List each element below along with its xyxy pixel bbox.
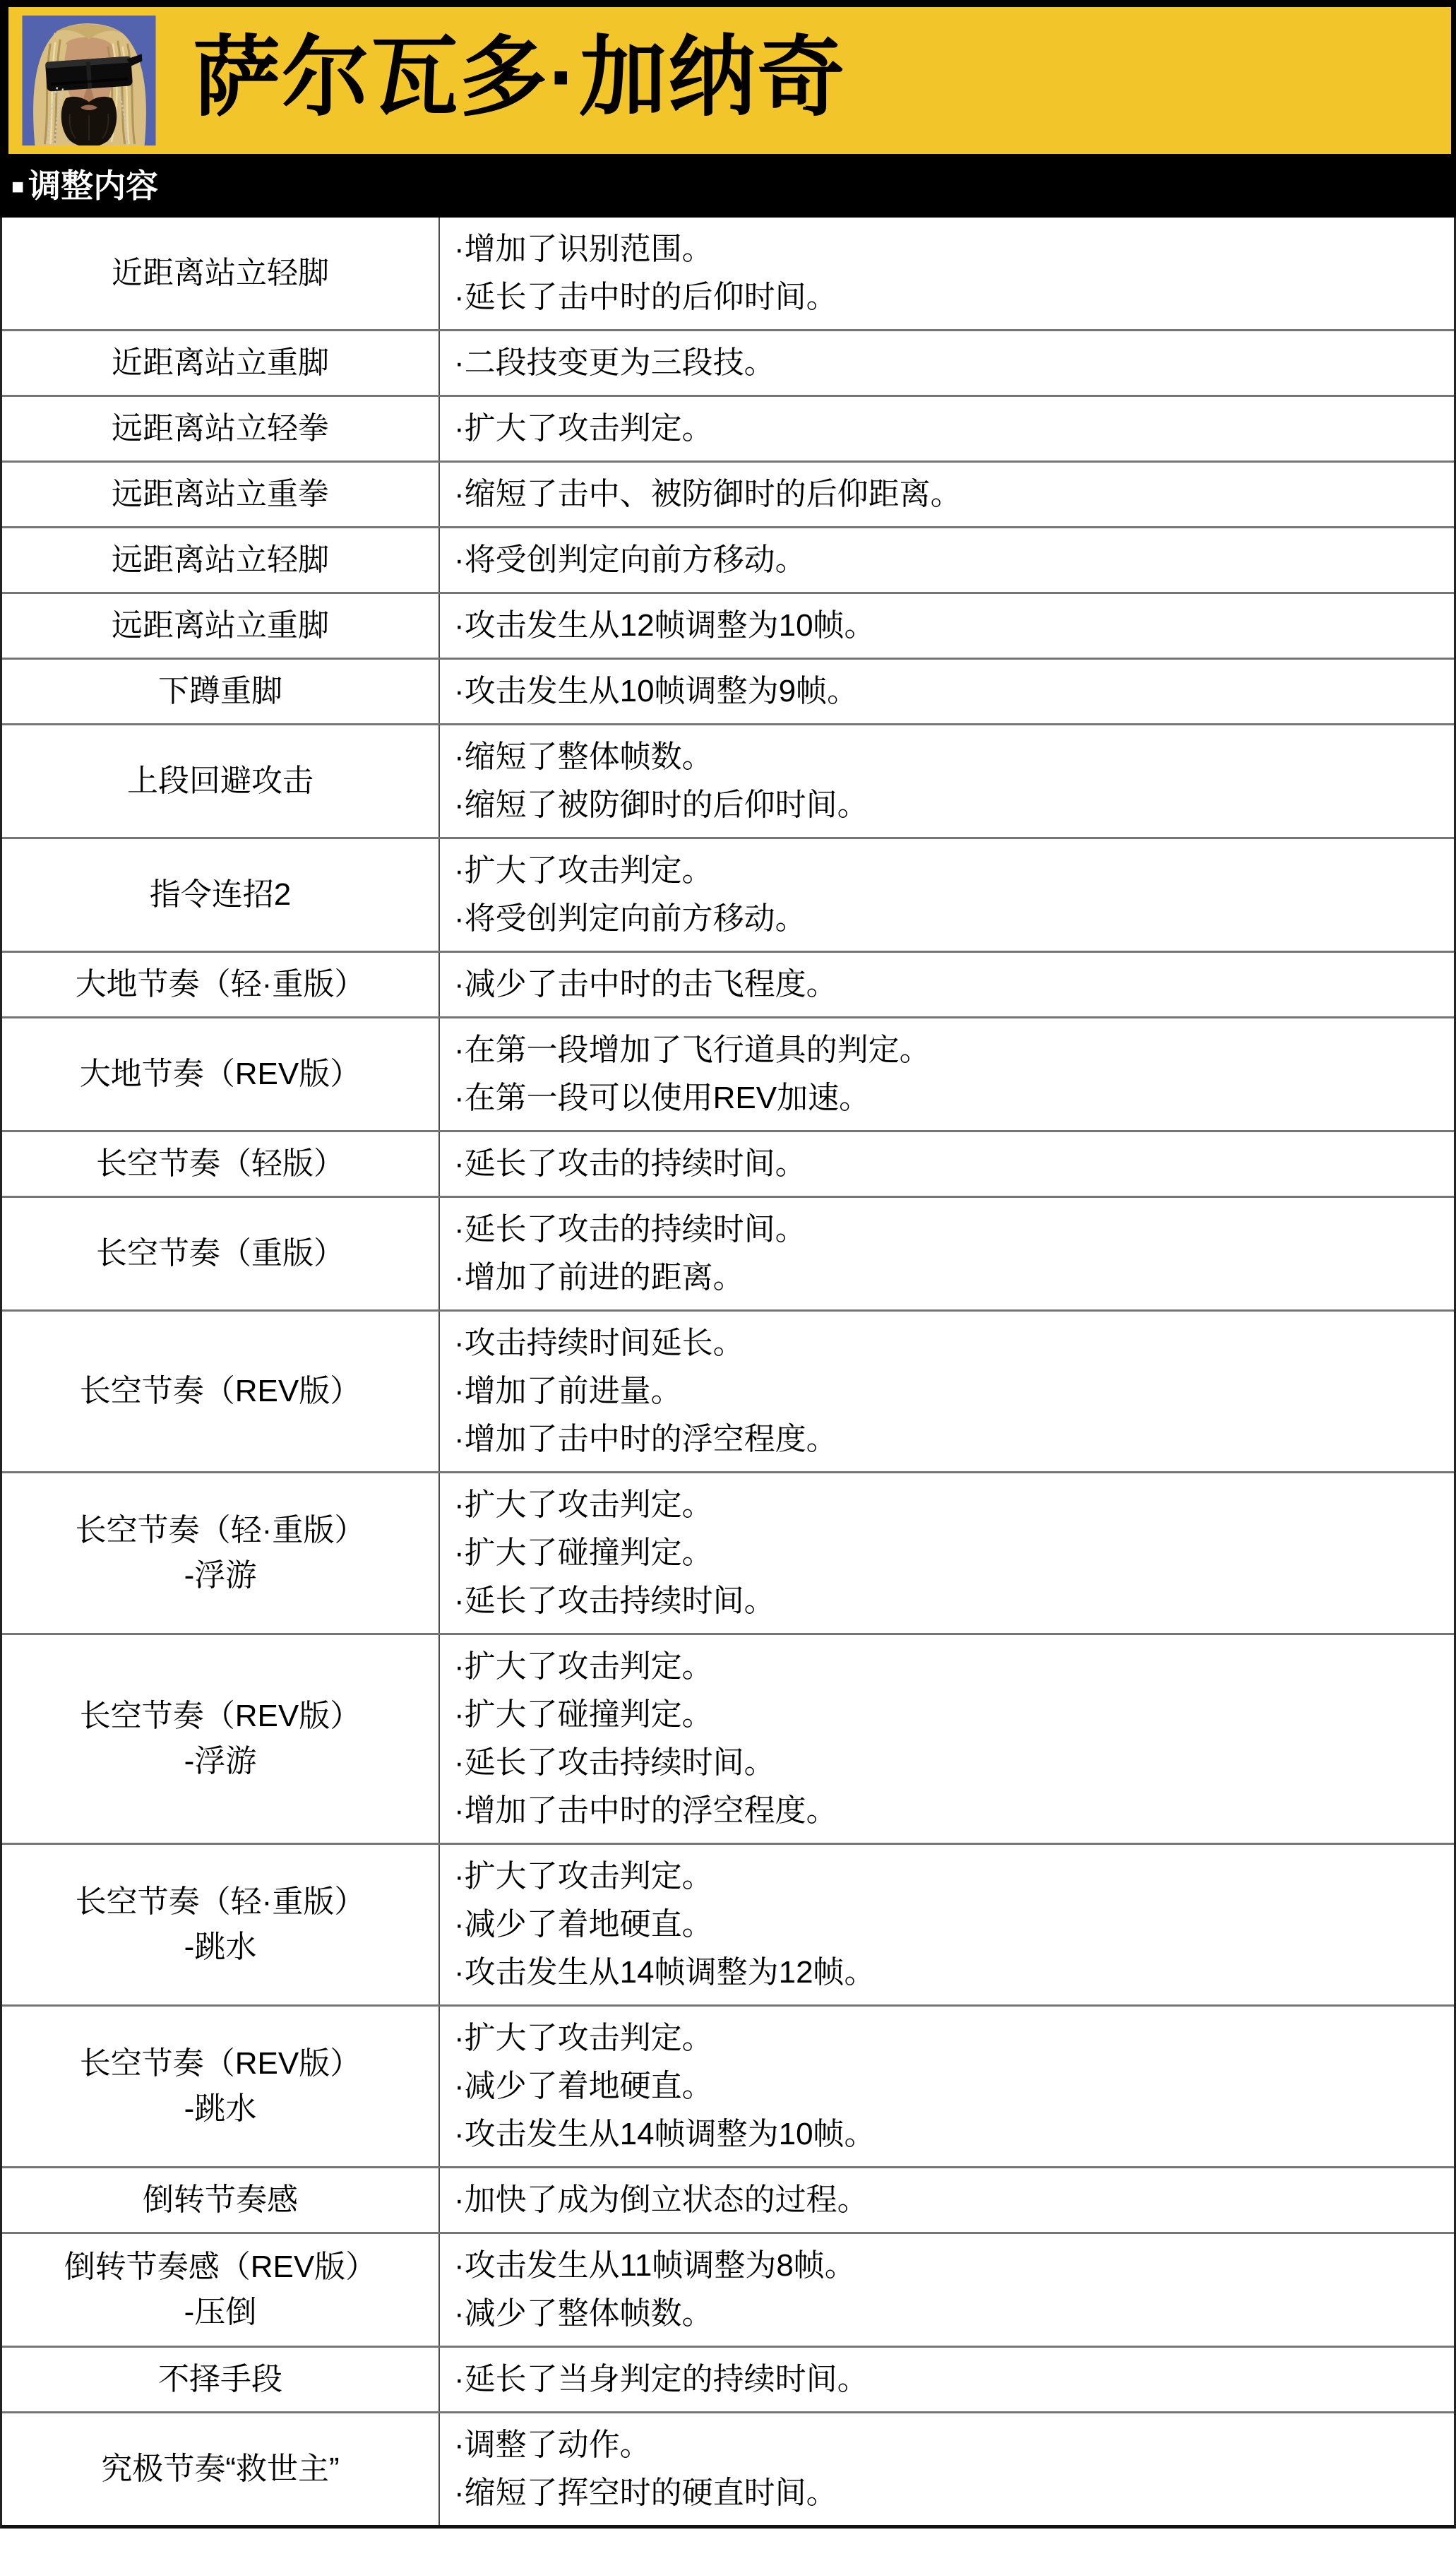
move-name-line: 长空节奏（轻·重版）: [76, 1879, 366, 1925]
table-row: 大地节奏（轻·重版） ·减少了击中时的击飞程度。: [2, 951, 1454, 1016]
move-name-line: -跳水: [184, 2086, 257, 2132]
change-line: ·攻击持续时间延长。: [454, 1319, 1437, 1367]
changes-cell: ·扩大了攻击判定。·扩大了碰撞判定。·延长了攻击持续时间。·增加了击中时的浮空程…: [440, 1635, 1454, 1843]
table-row: 究极节奏“救世主” ·调整了动作。·缩短了挥空时的硬直时间。: [2, 2411, 1454, 2525]
move-name-line: 上段回避攻击: [127, 759, 314, 804]
change-line: ·延长了攻击的持续时间。: [454, 1140, 1437, 1188]
change-line: ·攻击发生从11帧调整为8帧。: [454, 2242, 1437, 2290]
changes-cell: ·扩大了攻击判定。·减少了着地硬直。·攻击发生从14帧调整为12帧。: [440, 1845, 1454, 2004]
table-row: 不择手段 ·延长了当身判定的持续时间。: [2, 2346, 1454, 2411]
move-name-line: 究极节奏“救世主”: [101, 2447, 339, 2492]
move-name-cell: 大地节奏（轻·重版）: [2, 953, 440, 1016]
move-name-line: -压倒: [184, 2290, 257, 2335]
changes-cell: ·延长了当身判定的持续时间。: [440, 2348, 1454, 2411]
change-line: ·减少了击中时的击飞程度。: [454, 961, 1437, 1009]
move-name-line: 大地节奏（REV版）: [80, 1052, 361, 1097]
changes-cell: ·延长了攻击的持续时间。: [440, 1132, 1454, 1196]
table-row: 远距离站立轻拳 ·扩大了攻击判定。: [2, 395, 1454, 461]
change-line: ·调整了动作。: [454, 2421, 1437, 2469]
table-row: 指令连招2 ·扩大了攻击判定。·将受创判定向前方移动。: [2, 837, 1454, 951]
changes-cell: ·扩大了攻击判定。·将受创判定向前方移动。: [440, 839, 1454, 951]
change-line: ·减少了着地硬直。: [454, 2062, 1437, 2110]
patch-notes-page: 萨尔瓦多·加纳奇 ■ 调整内容 近距离站立轻脚 ·增加了识别范围。·延长了击中时…: [0, 0, 1456, 2529]
move-name-cell: 究极节奏“救世主”: [2, 2413, 440, 2525]
changes-cell: ·扩大了攻击判定。: [440, 397, 1454, 461]
change-line: ·攻击发生从10帧调整为9帧。: [454, 667, 1437, 715]
change-line: ·二段技变更为三段技。: [454, 339, 1437, 387]
change-line: ·增加了前进的距离。: [454, 1254, 1437, 1302]
move-name-line: 指令连招2: [150, 872, 291, 917]
table-row: 长空节奏（REV版）-跳水 ·扩大了攻击判定。·减少了着地硬直。·攻击发生从14…: [2, 2004, 1454, 2166]
change-line: ·延长了攻击持续时间。: [454, 1739, 1437, 1787]
character-header-band: 萨尔瓦多·加纳奇: [8, 7, 1451, 154]
change-line: ·增加了前进量。: [454, 1367, 1437, 1415]
changes-cell: ·二段技变更为三段技。: [440, 331, 1454, 395]
table-row: 长空节奏（轻·重版）-跳水 ·扩大了攻击判定。·减少了着地硬直。·攻击发生从14…: [2, 1843, 1454, 2004]
move-name-cell: 大地节奏（REV版）: [2, 1018, 440, 1130]
table-row: 长空节奏（REV版） ·攻击持续时间延长。·增加了前进量。·增加了击中时的浮空程…: [2, 1309, 1454, 1471]
change-line: ·扩大了攻击判定。: [454, 1643, 1437, 1691]
move-name-cell: 远距离站立轻脚: [2, 528, 440, 592]
table-row: 远距离站立轻脚 ·将受创判定向前方移动。: [2, 526, 1454, 592]
change-line: ·扩大了攻击判定。: [454, 405, 1437, 453]
change-line: ·攻击发生从14帧调整为10帧。: [454, 2110, 1437, 2158]
move-name-cell: 下蹲重脚: [2, 660, 440, 723]
move-name-line: 大地节奏（轻·重版）: [76, 962, 366, 1007]
changes-cell: ·调整了动作。·缩短了挥空时的硬直时间。: [440, 2413, 1454, 2525]
character-header: 萨尔瓦多·加纳奇: [0, 0, 1456, 154]
changes-cell: ·减少了击中时的击飞程度。: [440, 953, 1454, 1016]
move-name-line: 长空节奏（REV版）: [80, 1694, 361, 1739]
move-name-line: 长空节奏（REV版）: [80, 1369, 361, 1414]
move-name-cell: 长空节奏（轻版）: [2, 1132, 440, 1196]
move-name-line: 长空节奏（重版）: [96, 1231, 345, 1276]
move-name-cell: 长空节奏（重版）: [2, 1198, 440, 1309]
change-line: ·攻击发生从12帧调整为10帧。: [454, 602, 1437, 650]
move-name-line: 远距离站立轻脚: [112, 537, 329, 583]
table-row: 长空节奏（轻·重版）-浮游 ·扩大了攻击判定。·扩大了碰撞判定。·延长了攻击持续…: [2, 1471, 1454, 1633]
change-line: ·扩大了攻击判定。: [454, 1481, 1437, 1529]
change-line: ·缩短了被防御时的后仰时间。: [454, 781, 1437, 829]
change-line: ·延长了攻击持续时间。: [454, 1577, 1437, 1625]
move-name-line: 倒转节奏感（REV版）: [64, 2245, 376, 2290]
change-line: ·缩短了挥空时的硬直时间。: [454, 2469, 1437, 2517]
move-name-cell: 长空节奏（轻·重版）-浮游: [2, 1473, 440, 1633]
table-row: 远距离站立重脚 ·攻击发生从12帧调整为10帧。: [2, 592, 1454, 658]
table-row: 倒转节奏感（REV版）-压倒 ·攻击发生从11帧调整为8帧。·减少了整体帧数。: [2, 2232, 1454, 2346]
table-row: 远距离站立重拳 ·缩短了击中、被防御时的后仰距离。: [2, 461, 1454, 526]
move-name-line: 远距离站立轻拳: [112, 406, 329, 451]
table-row: 下蹲重脚 ·攻击发生从10帧调整为9帧。: [2, 658, 1454, 723]
move-name-cell: 长空节奏（REV版）-跳水: [2, 2007, 440, 2166]
move-name-line: 长空节奏（轻版）: [96, 1141, 345, 1187]
move-name-cell: 远距离站立轻拳: [2, 397, 440, 461]
changes-cell: ·将受创判定向前方移动。: [440, 528, 1454, 592]
move-name-line: -浮游: [184, 1553, 257, 1598]
character-portrait-image: [22, 16, 156, 145]
move-name-cell: 长空节奏（REV版）: [2, 1312, 440, 1471]
table-row: 近距离站立轻脚 ·增加了识别范围。·延长了击中时的后仰时间。: [2, 218, 1454, 329]
changes-cell: ·增加了识别范围。·延长了击中时的后仰时间。: [440, 218, 1454, 329]
change-line: ·将受创判定向前方移动。: [454, 536, 1437, 584]
move-name-cell: 上段回避攻击: [2, 725, 440, 837]
change-line: ·在第一段增加了飞行道具的判定。: [454, 1026, 1437, 1074]
move-name-cell: 远距离站立重脚: [2, 594, 440, 658]
move-name-cell: 长空节奏（REV版）-浮游: [2, 1635, 440, 1843]
section-bar: ■ 调整内容: [0, 154, 1456, 218]
table-row: 长空节奏（轻版） ·延长了攻击的持续时间。: [2, 1130, 1454, 1196]
changes-cell: ·攻击发生从12帧调整为10帧。: [440, 594, 1454, 658]
move-name-cell: 不择手段: [2, 2348, 440, 2411]
change-line: ·加快了成为倒立状态的过程。: [454, 2176, 1437, 2224]
change-line: ·扩大了攻击判定。: [454, 2014, 1437, 2062]
change-line: ·延长了攻击的持续时间。: [454, 1206, 1437, 1254]
changes-cell: ·攻击发生从11帧调整为8帧。·减少了整体帧数。: [440, 2234, 1454, 2346]
table-row: 倒转节奏感 ·加快了成为倒立状态的过程。: [2, 2166, 1454, 2232]
table-row: 上段回避攻击 ·缩短了整体帧数。·缩短了被防御时的后仰时间。: [2, 723, 1454, 837]
changes-cell: ·延长了攻击的持续时间。·增加了前进的距离。: [440, 1198, 1454, 1309]
adjustments-table: 近距离站立轻脚 ·增加了识别范围。·延长了击中时的后仰时间。 近距离站立重脚 ·…: [0, 218, 1456, 2529]
move-name-line: 倒转节奏感: [143, 2177, 298, 2223]
move-name-line: 下蹲重脚: [158, 669, 282, 714]
change-line: ·扩大了攻击判定。: [454, 847, 1437, 895]
move-name-cell: 倒转节奏感（REV版）-压倒: [2, 2234, 440, 2346]
move-name-cell: 倒转节奏感: [2, 2168, 440, 2232]
table-row: 长空节奏（REV版）-浮游 ·扩大了攻击判定。·扩大了碰撞判定。·延长了攻击持续…: [2, 1633, 1454, 1843]
change-line: ·攻击发生从14帧调整为12帧。: [454, 1949, 1437, 1997]
move-name-cell: 近距离站立重脚: [2, 331, 440, 395]
change-line: ·缩短了整体帧数。: [454, 733, 1437, 781]
change-line: ·缩短了击中、被防御时的后仰距离。: [454, 470, 1437, 518]
move-name-line: -浮游: [184, 1739, 257, 1784]
changes-cell: ·扩大了攻击判定。·减少了着地硬直。·攻击发生从14帧调整为10帧。: [440, 2007, 1454, 2166]
changes-cell: ·缩短了击中、被防御时的后仰距离。: [440, 463, 1454, 526]
move-name-line: 远距离站立重拳: [112, 472, 329, 517]
move-name-line: 长空节奏（轻·重版）: [76, 1508, 366, 1553]
change-line: ·延长了当身判定的持续时间。: [454, 2355, 1437, 2404]
move-name-line: 不择手段: [158, 2357, 282, 2402]
changes-cell: ·加快了成为倒立状态的过程。: [440, 2168, 1454, 2232]
change-line: ·减少了着地硬直。: [454, 1901, 1437, 1949]
square-bullet-icon: ■: [11, 177, 24, 198]
move-name-line: 近距离站立轻脚: [112, 251, 329, 296]
table-row: 大地节奏（REV版） ·在第一段增加了飞行道具的判定。·在第一段可以使用REV加…: [2, 1016, 1454, 1130]
table-row: 长空节奏（重版） ·延长了攻击的持续时间。·增加了前进的距离。: [2, 1196, 1454, 1309]
change-line: ·增加了击中时的浮空程度。: [454, 1415, 1437, 1463]
change-line: ·扩大了碰撞判定。: [454, 1529, 1437, 1577]
change-line: ·将受创判定向前方移动。: [454, 895, 1437, 943]
change-line: ·减少了整体帧数。: [454, 2290, 1437, 2338]
changes-cell: ·扩大了攻击判定。·扩大了碰撞判定。·延长了攻击持续时间。: [440, 1473, 1454, 1633]
change-line: ·延长了击中时的后仰时间。: [454, 273, 1437, 321]
character-portrait: [22, 16, 156, 145]
move-name-cell: 长空节奏（轻·重版）-跳水: [2, 1845, 440, 2004]
move-name-line: 长空节奏（REV版）: [80, 2041, 361, 2086]
move-name-cell: 指令连招2: [2, 839, 440, 951]
changes-cell: ·攻击发生从10帧调整为9帧。: [440, 660, 1454, 723]
move-name-cell: 远距离站立重拳: [2, 463, 440, 526]
move-name-cell: 近距离站立轻脚: [2, 218, 440, 329]
changes-cell: ·攻击持续时间延长。·增加了前进量。·增加了击中时的浮空程度。: [440, 1312, 1454, 1471]
changes-cell: ·在第一段增加了飞行道具的判定。·在第一段可以使用REV加速。: [440, 1018, 1454, 1130]
page-title: 萨尔瓦多·加纳奇: [193, 34, 846, 121]
change-line: ·增加了击中时的浮空程度。: [454, 1787, 1437, 1835]
section-title: 调整内容: [28, 170, 158, 202]
table-row: 近距离站立重脚 ·二段技变更为三段技。: [2, 329, 1454, 395]
changes-cell: ·缩短了整体帧数。·缩短了被防御时的后仰时间。: [440, 725, 1454, 837]
move-name-line: 远距离站立重脚: [112, 603, 329, 648]
change-line: ·增加了识别范围。: [454, 225, 1437, 273]
change-line: ·扩大了攻击判定。: [454, 1853, 1437, 1901]
move-name-line: 近距离站立重脚: [112, 340, 329, 386]
move-name-line: -跳水: [184, 1925, 257, 1970]
change-line: ·在第一段可以使用REV加速。: [454, 1074, 1437, 1122]
change-line: ·扩大了碰撞判定。: [454, 1691, 1437, 1739]
